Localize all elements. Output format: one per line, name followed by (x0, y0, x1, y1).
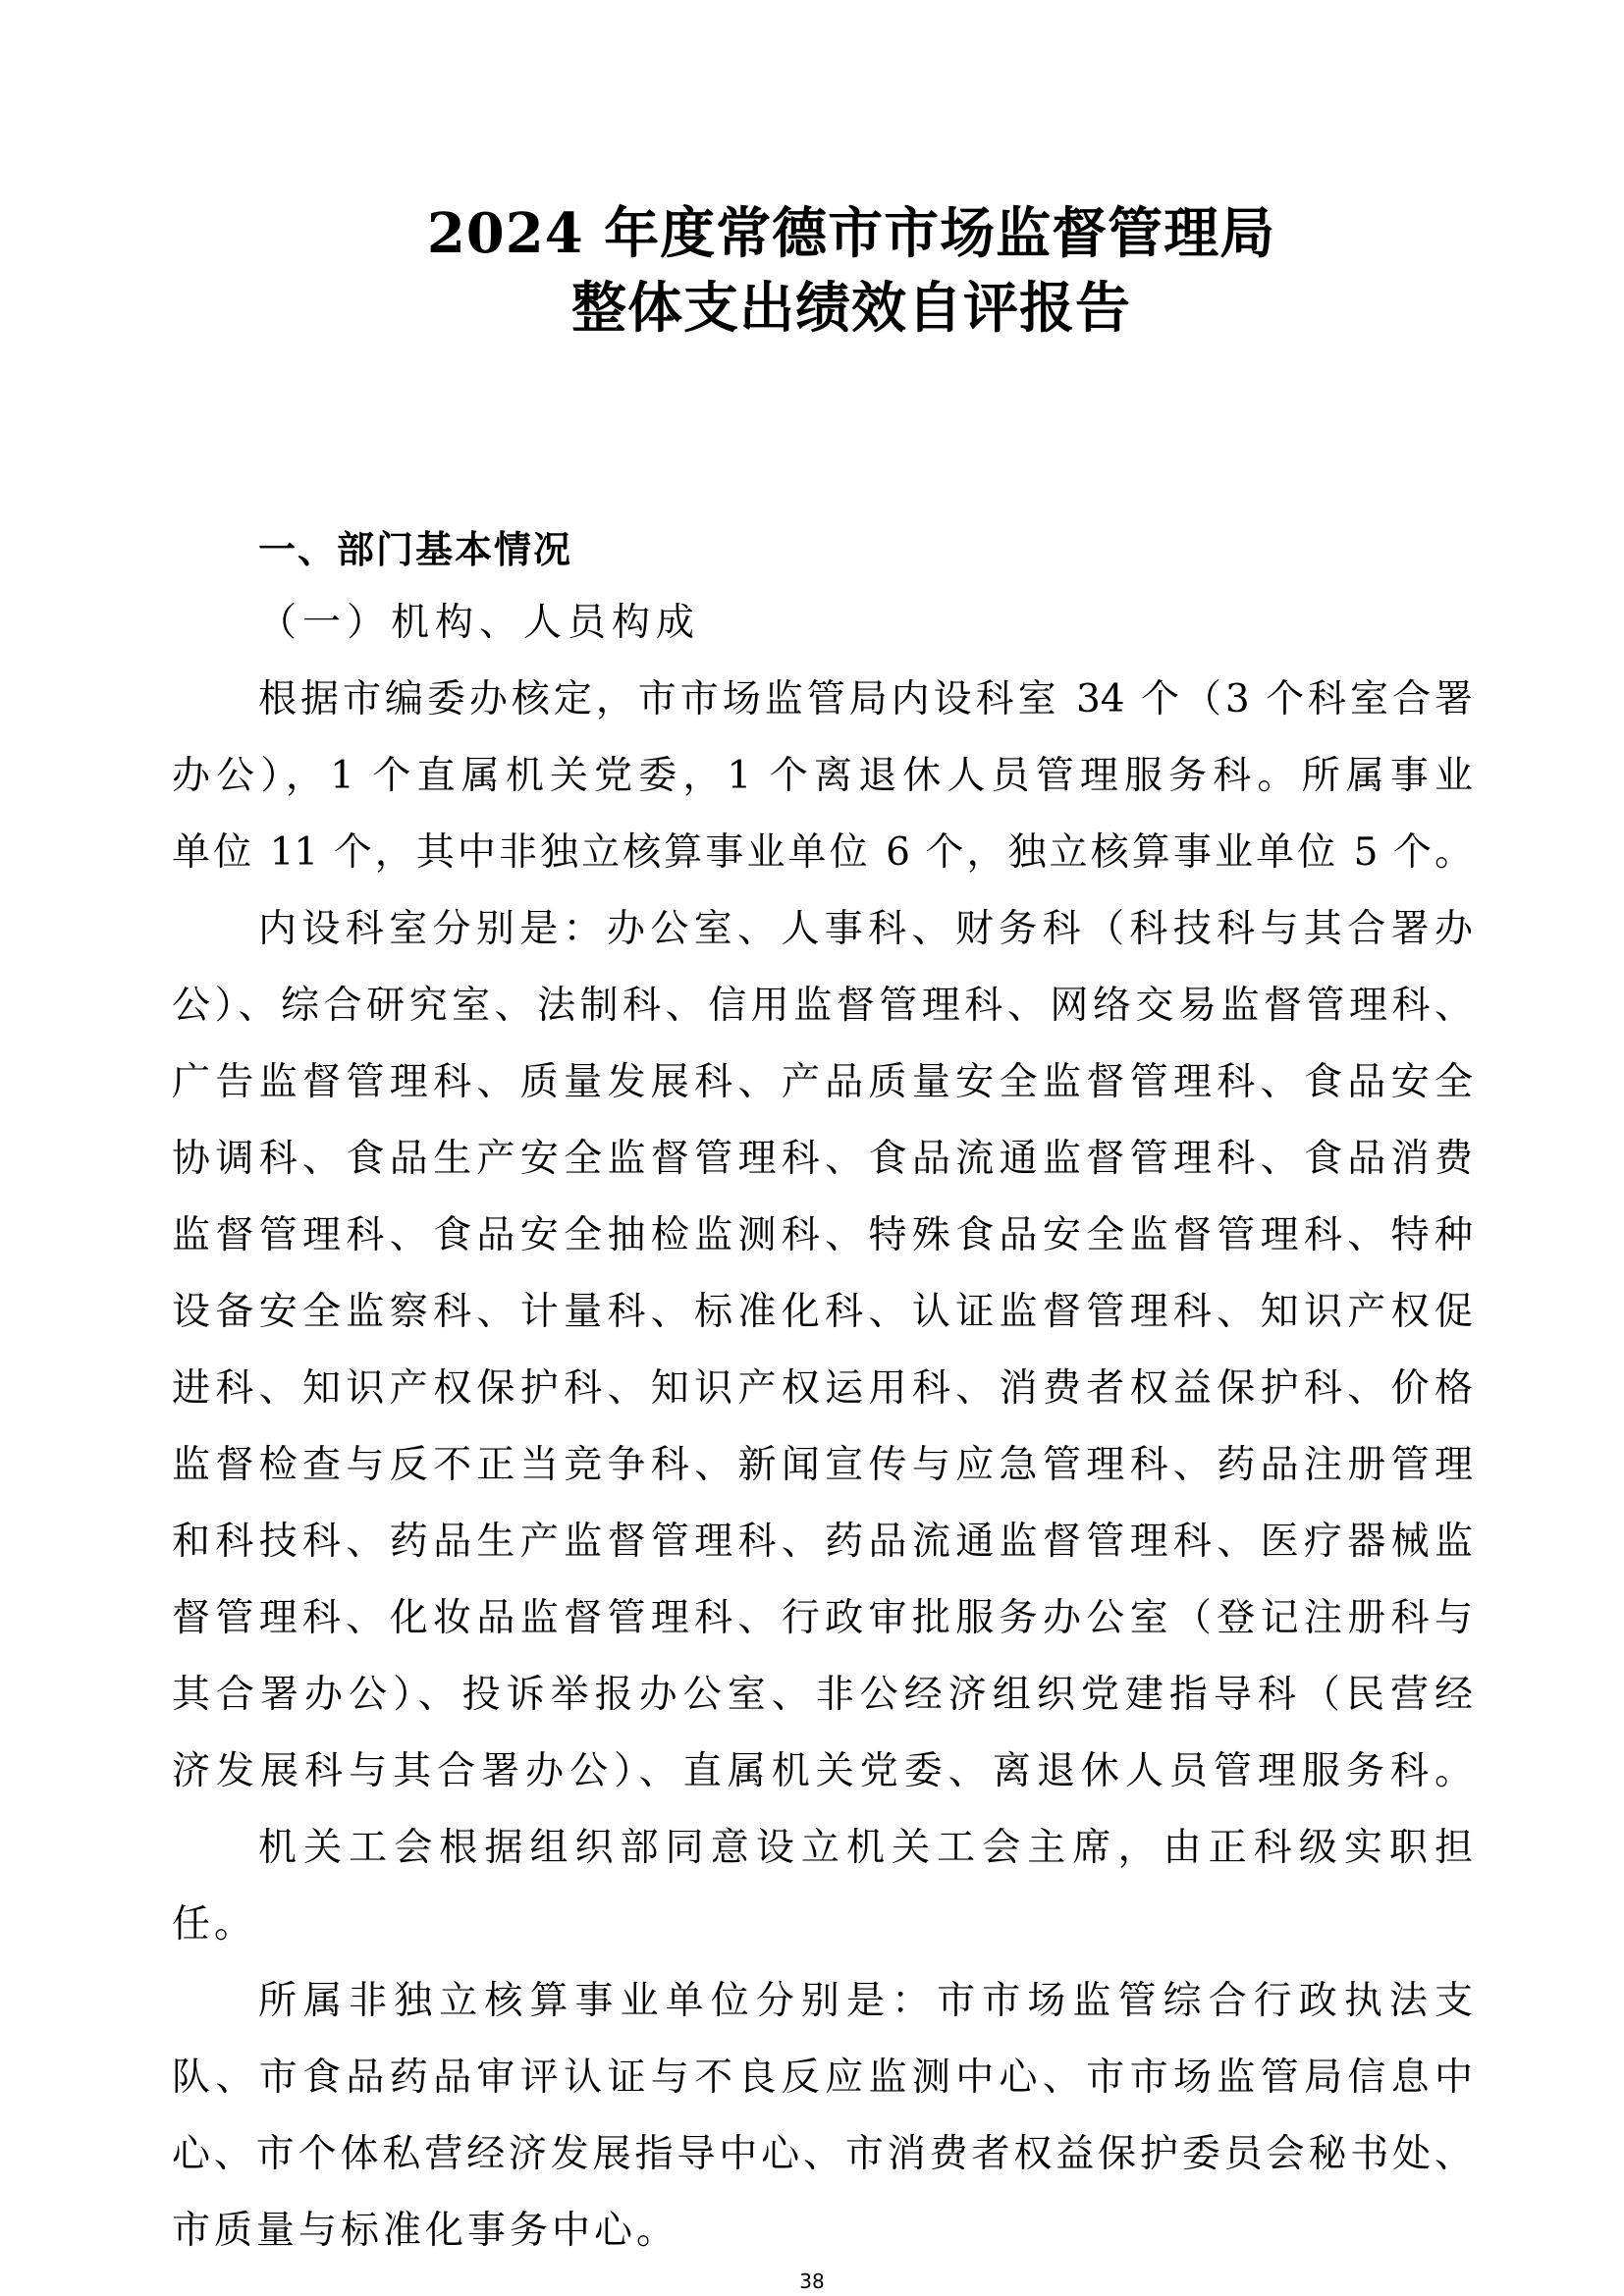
paragraph-line: 单位 11 个，其中非独立核算事业单位 6 个，独立核算事业单位 5 个。 (172, 815, 1473, 891)
report-title-line-1: 2024 年度常德市市场监督管理局 (0, 196, 1624, 271)
paragraph-line: 协调科、食品生产安全监督管理科、食品流通监督管理科、食品消费 (172, 1121, 1473, 1198)
paragraph-line: 所属非独立核算事业单位分别是：市市场监管综合行政执法支 (172, 1963, 1473, 2040)
paragraph-line: 济发展科与其合署办公）、直属机关党委、离退休人员管理服务科。 (172, 1734, 1473, 1810)
section-heading: 一、部门基本情况 (258, 511, 572, 588)
paragraph-line: 根据市编委办核定，市市场监管局内设科室 34 个（3 个科室合署 (172, 662, 1473, 738)
paragraph-line: 和科技科、药品生产监督管理科、药品流通监督管理科、医疗器械监 (172, 1504, 1473, 1580)
paragraph-line: 心、市个体私营经济发展指导中心、市消费者权益保护委员会秘书处、 (172, 2116, 1473, 2193)
paragraph-line: 其合署办公）、投诉举报办公室、非公经济组织党建指导科（民营经 (172, 1657, 1473, 1734)
paragraph-line: 监督检查与反不正当竞争科、新闻宣传与应急管理科、药品注册管理 (172, 1427, 1473, 1504)
paragraph-line: 督管理科、化妆品监督管理科、行政审批服务办公室（登记注册科与 (172, 1580, 1473, 1657)
document-page: 2024 年度常德市市场监督管理局 整体支出绩效自评报告 一、部门基本情况 （一… (0, 0, 1624, 2296)
paragraph-line: 市质量与标准化事务中心。 (172, 2193, 1473, 2269)
paragraph-line: 公）、综合研究室、法制科、信用监督管理科、网络交易监督管理科、 (172, 968, 1473, 1044)
subsection-heading: （一）机构、人员构成 (258, 585, 700, 662)
paragraph-line: 内设科室分别是：办公室、人事科、财务科（科技科与其合署办 (172, 891, 1473, 968)
body-text: 根据市编委办核定，市市场监管局内设科室 34 个（3 个科室合署 办公），1 个… (172, 662, 1473, 2269)
paragraph-line: 设备安全监察科、计量科、标准化科、认证监督管理科、知识产权促 (172, 1274, 1473, 1351)
paragraph-line: 机关工会根据组织部同意设立机关工会主席，由正科级实职担 (172, 1810, 1473, 1887)
paragraph-line: 任。 (172, 1887, 1473, 1963)
page-number: 38 (0, 2269, 1624, 2293)
paragraph-line: 广告监督管理科、质量发展科、产品质量安全监督管理科、食品安全 (172, 1044, 1473, 1121)
paragraph-line: 监督管理科、食品安全抽检监测科、特殊食品安全监督管理科、特种 (172, 1198, 1473, 1274)
report-title: 2024 年度常德市市场监督管理局 整体支出绩效自评报告 (0, 196, 1624, 346)
paragraph-line: 办公），1 个直属机关党委，1 个离退休人员管理服务科。所属事业 (172, 738, 1473, 815)
paragraph-line: 进科、知识产权保护科、知识产权运用科、消费者权益保护科、价格 (172, 1351, 1473, 1427)
report-title-line-2: 整体支出绩效自评报告 (0, 271, 1624, 346)
paragraph-line: 队、市食品药品审评认证与不良反应监测中心、市市场监管局信息中 (172, 2040, 1473, 2116)
